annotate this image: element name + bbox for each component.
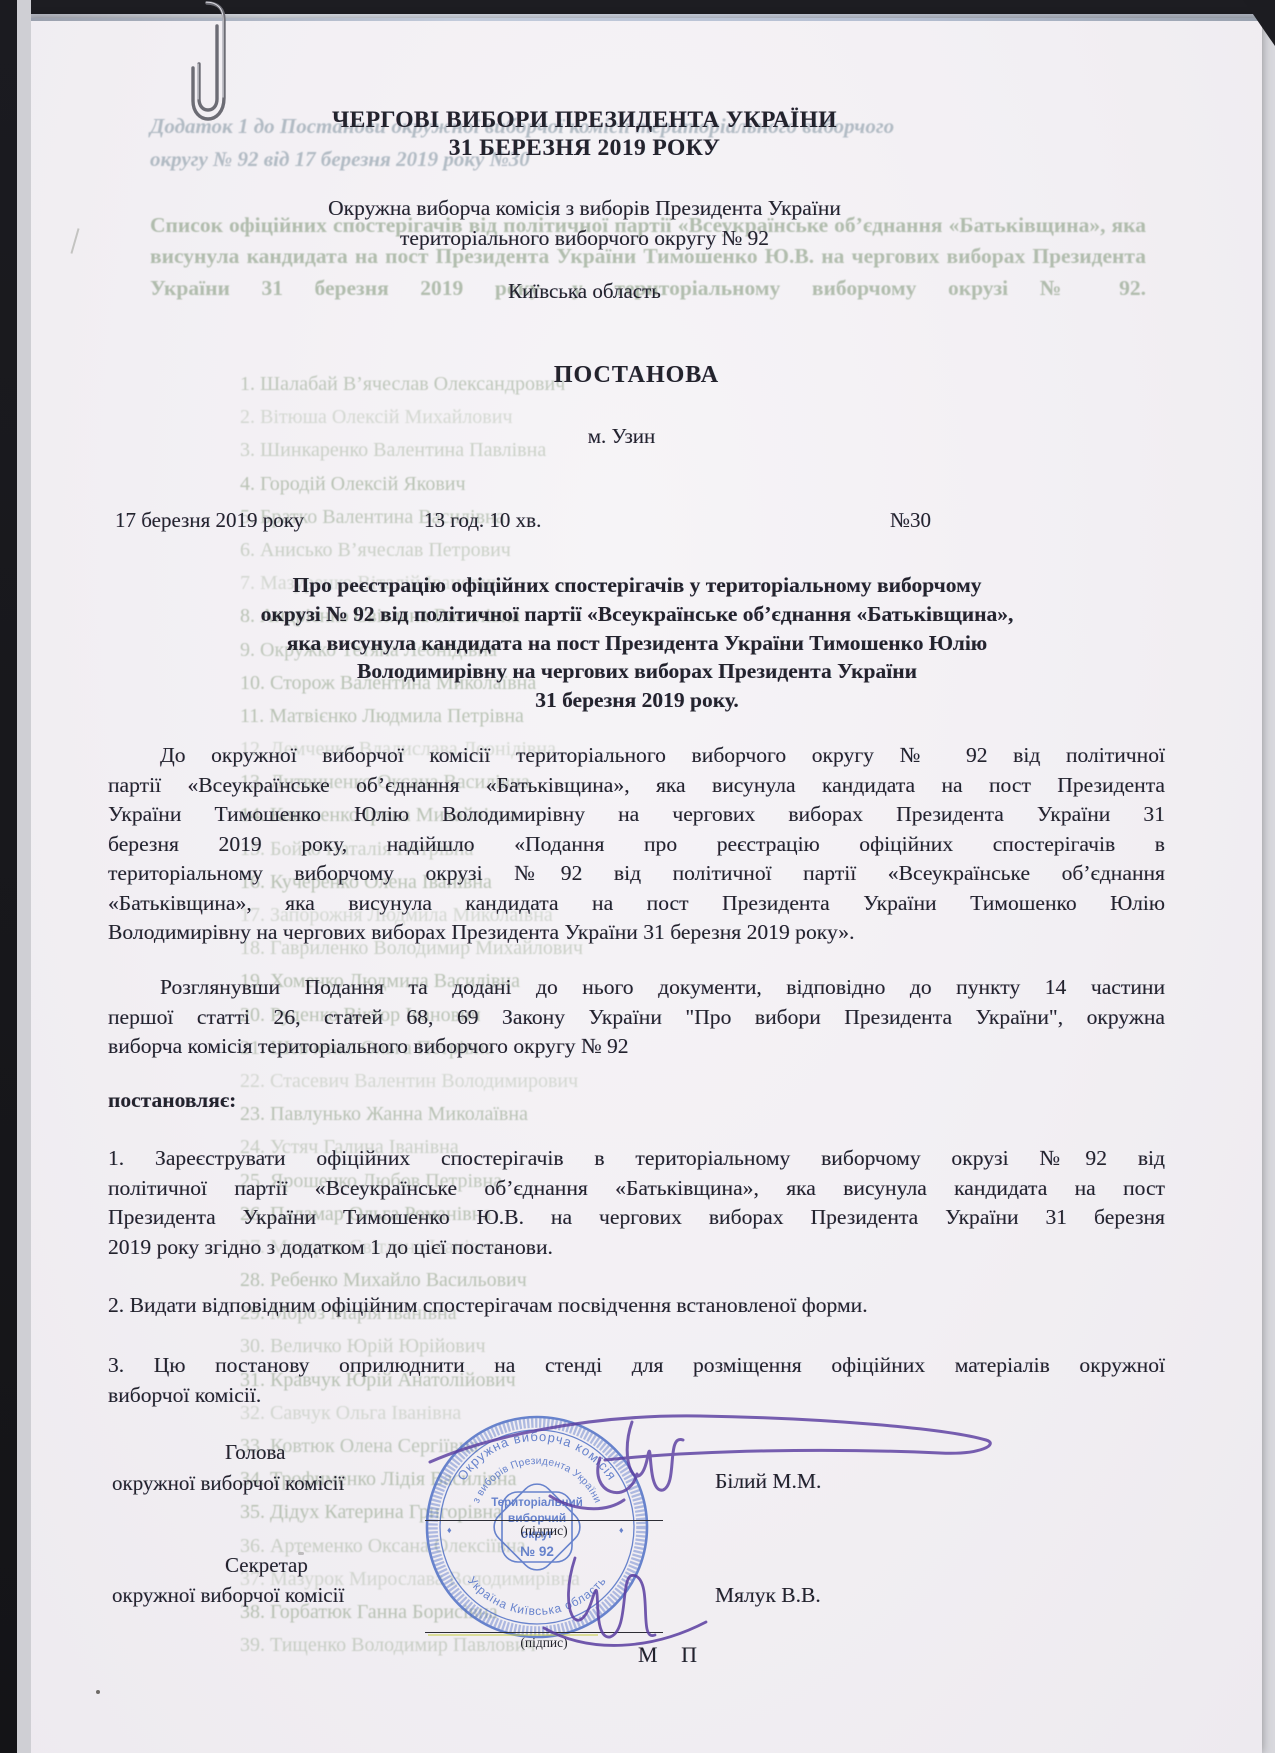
document-page: Додаток 1 до Постанови окружної виборчої… xyxy=(28,18,1262,1753)
paragraph-line: політичної партії «Всеукраїнське об’єдна… xyxy=(108,1174,1165,1204)
secretary-signature xyxy=(530,1540,730,1670)
body-paragraph-2: Розглянувши Подання та додані до нього д… xyxy=(108,973,1165,1062)
paragraph-line: Президента України Тимошенко Ю.В. на чер… xyxy=(108,1203,1165,1233)
paragraph-line: територіальному виборчому окрузі №92 від… xyxy=(108,859,1165,889)
paragraph-line: «Батьківщина», яка висунула кандидата на… xyxy=(108,889,1165,919)
subject-line: Володимирівну на чергових виборах Презид… xyxy=(132,657,1142,686)
paragraph-line: Володимирівну на чергових виборах Презид… xyxy=(108,918,1165,948)
resolves-label: постановляє: xyxy=(108,1088,608,1113)
paragraph-line: України Тимошенко Юлію Володимирівну на … xyxy=(108,800,1165,830)
region-label: Київська область xyxy=(108,279,1165,304)
commission-line2: територіального виборчого округу № 92 xyxy=(108,223,1061,253)
meta-row: 17 березня 2019 року 13 год. 10 хв. №30 xyxy=(108,508,1165,536)
paragraph-line: 1. Зареєструвати офіційних спостерігачів… xyxy=(108,1144,1165,1174)
page-title: ЧЕРГОВІ ВИБОРИ ПРЕЗИДЕНТА УКРАЇНИ 31 БЕР… xyxy=(108,106,1165,162)
subject-title: Про реєстрацію офіційних спостерігачів у… xyxy=(132,571,1142,715)
paragraph-line: 2019 року згідно з додатком 1 до цієї по… xyxy=(108,1233,1165,1263)
document-date: 17 березня 2019 року xyxy=(115,508,304,533)
paragraph-line: До окружної виборчої комісії територіаль… xyxy=(108,741,1165,771)
scanner-edge-left xyxy=(0,0,17,1753)
commission-line1: Окружна виборча комісія з виборів Презид… xyxy=(108,193,1061,223)
paragraph-line: 3. Цю постанову оприлюднити на стенді дл… xyxy=(108,1351,1165,1381)
commission-title: Окружна виборча комісія з виборів Презид… xyxy=(108,193,1165,253)
document-time: 13 год. 10 хв. xyxy=(424,508,541,533)
subject-line: Про реєстрацію офіційних спостерігачів у… xyxy=(132,571,1142,600)
paragraph-line: березня 2019 року, надійшло «Подання про… xyxy=(108,830,1165,860)
chair-signature xyxy=(400,1400,1020,1550)
body-paragraph-1: До окружної виборчої комісії територіаль… xyxy=(108,741,1165,948)
resolution-item-1: 1. Зареєструвати офіційних спостерігачів… xyxy=(108,1144,1165,1262)
secretary-role-line1: Секретар xyxy=(225,1553,308,1578)
resolution-item-2: 2. Видати відповідним офіційним спостері… xyxy=(108,1291,1165,1321)
paragraph-line: першої статті 26, статей 68, 69 Закону У… xyxy=(108,1003,1165,1033)
document-type-label: ПОСТАНОВА xyxy=(108,362,1165,389)
secretary-name: Мялук В.В. xyxy=(715,1583,821,1608)
paragraph-line: виборча комісія територіального виборчог… xyxy=(108,1032,1165,1062)
document-number: №30 xyxy=(890,508,931,533)
election-header-line1: ЧЕРГОВІ ВИБОРИ ПРЕЗИДЕНТА УКРАЇНИ xyxy=(108,106,1061,134)
subject-line: окрузі № 92 від політичної партії «Всеук… xyxy=(132,600,1142,629)
scanned-document: Додаток 1 до Постанови окружної виборчої… xyxy=(0,0,1275,1753)
election-header-line2: 31 БЕРЕЗНЯ 2019 РОКУ xyxy=(108,134,1061,162)
page-side-shadow xyxy=(17,0,31,1753)
city-label: м. Узин xyxy=(108,424,1165,449)
paragraph-line: Розглянувши Подання та додані до нього д… xyxy=(108,973,1165,1003)
paperclip xyxy=(180,0,240,132)
chair-role-line2: окружної виборчої комісії xyxy=(112,1471,344,1496)
chair-role-line1: Голова xyxy=(225,1440,285,1465)
subject-line: яка висунула кандидата на пост Президент… xyxy=(132,629,1142,658)
subject-line: 31 березня 2019 року. xyxy=(132,686,1142,715)
paragraph-line: партії «Всеукраїнське об’єднання «Батькі… xyxy=(108,771,1165,801)
secretary-role-line2: окружної виборчої комісії xyxy=(112,1583,344,1608)
